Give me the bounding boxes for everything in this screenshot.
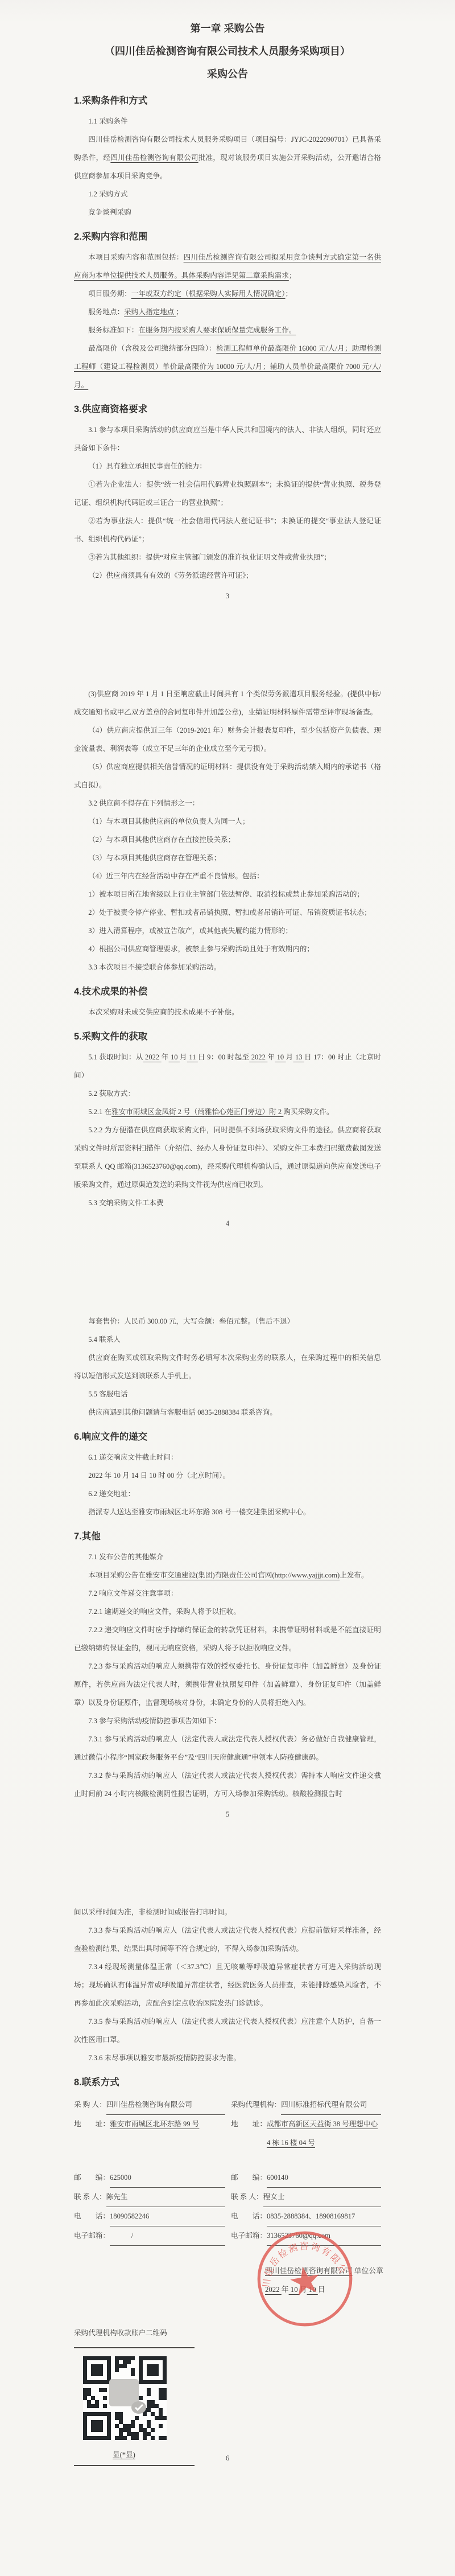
paragraph: （2）与本项目其他供应商存在直接控股关系；: [74, 831, 381, 849]
contact-row: 邮 编：625000: [74, 2168, 225, 2188]
contact-value: 600140: [267, 2168, 381, 2188]
announcement-title: 采购公告: [74, 63, 381, 85]
page-number-5: 5: [74, 1805, 381, 1823]
paragraph: ②若为事业法人：提供“统一社会信用代码法人登记证书”；未换证的提交“事业法人登记…: [74, 512, 381, 548]
contact-column-left: 采 购 人：四川佳岳检测咨询有限公司地 址：雅安市雨城区北环东路 99 号邮 编…: [74, 2096, 225, 2246]
paragraph: 间以采样时间为准，非检测时间或报告打印时间。: [74, 1903, 381, 1921]
text-run: 3）进入清算程序，或被宣告破产，或其他丧失履约能力情形的；: [88, 927, 292, 935]
document-page-6: 间以采样时间为准，非检测时间或报告打印时间。7.3.3 参与采购活动的响应人（法…: [0, 1903, 455, 2467]
text-run: 7.2.1 逾期递交的响应文件，采购人将予以拒收。: [88, 1608, 241, 1616]
paragraph: 7.2.2 递交响应文件时应手持缔约保证金的转款凭证材料，未携带证明材料或是不能…: [74, 1621, 381, 1657]
contact-label: 联 系 人：: [231, 2188, 263, 2207]
paragraph: （3）与本项目其他供应商存在管理关系；: [74, 849, 381, 867]
underlined-value: 一年或双方约定（根据采购人实际用人情况确定）: [131, 290, 286, 298]
text-run: 每套售价：人民币 300.00 元，大写金额：叁佰元整。（售后不退）: [88, 1317, 294, 1325]
text-run: 供应商遇到其他问题请与客服电话 0835-2888384 联系咨询。: [88, 1408, 277, 1416]
underlined-value: 2022: [265, 2286, 282, 2294]
text-run: 5.2.1 在: [88, 1108, 111, 1116]
text-run: 年: [267, 1053, 275, 1061]
contact-row: 地 址：成都市高新区天益街 38 号理想中心 4 栋 16 楼 04 号: [231, 2115, 381, 2168]
contact-row: 邮 编：600140: [231, 2168, 381, 2188]
heading-4-technical-compensation: 4.技术成果的补偿: [74, 983, 381, 1000]
paragraph: 7.3.1 参与采购活动的响应人（法定代表人或法定代表人授权代表）务必做好自我健…: [74, 1730, 381, 1766]
paragraph: 2）处于被责令停产停业、暂扣或者吊销执照、暂扣或者吊销许可证、吊销资质证书状态；: [74, 903, 381, 922]
contact-value: 3136523760@qq.com: [267, 2226, 381, 2246]
text-run: 5.2.2 为方便潜在供应商获取采购文件，同时提供不到场获取采购文件的途径。供应…: [74, 1126, 381, 1189]
text-run: ③若为其他组织：提供“对应主管部门颁发的准许执业证明文件或营业执照”；: [88, 553, 331, 561]
text-run: 2）处于被责令停产停业、暂扣或者吊销执照、暂扣或者吊销许可证、吊销资质证书状态；: [88, 909, 371, 917]
text-run: 5.1 获取时间：从: [88, 1053, 143, 1061]
heading-6-response-submission: 6.响应文件的递交: [74, 1428, 381, 1445]
paragraph: 3.2 供应商不得存在下列情形之一：: [74, 794, 381, 812]
text-run: ；: [289, 272, 296, 280]
paragraph: 4）根据公司供应商管理要求，被禁止参与采购活动且处于有效期内的；: [74, 940, 381, 958]
underlined-value: 10: [169, 1053, 180, 1061]
underlined-value: 10: [275, 1053, 286, 1061]
text-run: 日: [318, 2286, 325, 2294]
qr-center-logo: [109, 2379, 139, 2406]
text-run: 上发布。: [340, 1571, 368, 1579]
contact-row: 采购代理机构：四川标准招标代理有限公司: [231, 2096, 381, 2115]
paragraph: 7.1 发布公告的其他媒介: [74, 1548, 381, 1566]
text-run: 年: [282, 2286, 289, 2294]
text-run: ②若为事业法人：提供“统一社会信用代码法人登记证书”；未换证的提交“事业法人登记…: [74, 517, 381, 543]
paragraph: ③若为其他组织：提供“对应主管部门颁发的准许执业证明文件或营业执照”；: [74, 548, 381, 566]
paragraph: 1）被本项目所在地省级以上行业主管部门依法暂停、取消投标或禁止参加采购活动的；: [74, 885, 381, 903]
text-run: 7.3.4 经现场测量体温正常（＜37.3℃）且无咳嗽等呼吸道异常症状者方可进入…: [74, 1963, 381, 2007]
contact-value: /: [110, 2226, 225, 2246]
contact-value: 陈先生: [106, 2188, 225, 2207]
qr-section-caption: 采购代理机构收款账户二维码: [74, 2324, 381, 2341]
text-run: （4）供应商应提供近三年（2019-2021 年）财务会计报表复印件，至少包括资…: [74, 726, 381, 753]
text-run: 日 9：00 时起至: [198, 1053, 249, 1061]
text-run: 月: [180, 1053, 187, 1061]
contact-value: 成都市高新区天益街 38 号理想中心 4 栋 16 楼 04 号: [267, 2115, 381, 2152]
contact-label: 电 话：: [231, 2207, 267, 2226]
text-run: ；: [286, 290, 293, 298]
paragraph: 供应商在购买或领取采购文件时务必填写本次采购业务的联系人，在采购过程中的相关信息…: [74, 1349, 381, 1385]
paragraph: 供应商遇到其他问题请与客服电话 0835-2888384 联系咨询。: [74, 1403, 381, 1421]
contact-label: 电子邮箱：: [231, 2226, 267, 2246]
paragraph: 项目服务期：一年或双方约定（根据采购人实际用人情况确定）；: [74, 285, 381, 303]
text-run: 1.1 采购条件: [88, 117, 127, 125]
contact-label: 邮 编：: [74, 2168, 110, 2188]
contact-column-right: 采购代理机构：四川标准招标代理有限公司地 址：成都市高新区天益街 38 号理想中…: [231, 2096, 381, 2246]
chapter-title: 第一章 采购公告: [74, 17, 381, 40]
page-number-3: 3: [74, 587, 381, 605]
paragraph: 5.2 获取方式：: [74, 1084, 381, 1103]
heading-8-contact: 8.联系方式: [74, 2074, 381, 2091]
underlined-value: 在服务期内按采购人要求保质保量完成服务工作。: [138, 326, 296, 334]
contact-label: 联 系 人：: [74, 2188, 106, 2207]
text-run: 7.2.2 递交响应文件时应手持缔约保证金的转款凭证材料，未携带证明材料或是不能…: [74, 1626, 381, 1652]
text-run: 7.3.5 参与采购活动的响应人（法定代表人或法定代表人授权代表）应注意个人防护…: [74, 2018, 381, 2044]
paragraph: 5.5 客服电话: [74, 1385, 381, 1403]
text-run: 服务地点：: [88, 308, 124, 316]
paragraph: 5.2.1 在雅安市雨城区金凤街 2 号（尚雅怡心苑正门旁边）附 2 购买采购文…: [74, 1103, 381, 1121]
paragraph: 7.3.3 参与采购活动的响应人（法定代表人或法定代表人授权代表）应提前做好采样…: [74, 1921, 381, 1958]
project-title: （四川佳岳检测咨询有限公司技术人员服务采购项目）: [74, 40, 381, 63]
text-run: 3.3 本次项目不接受联合体参加采购活动。: [88, 963, 221, 971]
text-run: ①若为企业法人：提供“统一社会信用代码营业执照副本”；未换证的提供“营业执照、税…: [74, 480, 381, 507]
document-page-4: (3)供应商 2019 年 1 月 1 日至响应截止时间具有 1 个类似劳务派遣…: [0, 685, 455, 1232]
text-run: 7.3 参与采购活动疫情防控事项告知如下：: [88, 1717, 221, 1725]
stamp-date-line: 2022 年 10 月 10 日: [265, 2281, 381, 2299]
text-run: 项目服务期：: [88, 290, 131, 298]
text-run: 5.3 交纳采购文件工本费: [88, 1199, 163, 1207]
paragraph: 2022 年 10 月 14 日 10 时 00 分（北京时间）。: [74, 1466, 381, 1485]
paragraph: ①若为企业法人：提供“统一社会信用代码营业执照副本”；未换证的提供“营业执照、税…: [74, 475, 381, 512]
text-run: 单位公章: [353, 2267, 383, 2275]
contact-label: 电 话：: [74, 2207, 110, 2226]
contact-label: 采购代理机构：: [231, 2096, 281, 2115]
text-run: 6.2 递交地址：: [88, 1490, 135, 1498]
underlined-value: 雅安市雨城区金凤街 2 号（尚雅怡心苑正门旁边）附 2: [111, 1108, 283, 1116]
paragraph: 7.3 参与采购活动疫情防控事项告知如下：: [74, 1712, 381, 1730]
contact-value: 程女士: [263, 2188, 381, 2207]
contact-value: 0835-2888384、18908169817: [267, 2207, 381, 2226]
text-run: 2022 年 10 月 14 日 10 时 00 分（北京时间）。: [88, 1472, 230, 1480]
contact-value: 625000: [110, 2168, 225, 2188]
paragraph: 3.3 本次项目不接受联合体参加采购活动。: [74, 958, 381, 976]
signature-stamp-block: 四川佳岳检测咨询有限公司 单位公章2022 年 10 月 10 日四川佳岳检测咨…: [74, 2262, 381, 2321]
text-run: 7.3.1 参与采购活动的响应人（法定代表人或法定代表人授权代表）务必做好自我健…: [74, 1735, 381, 1761]
paragraph: 1.2 采购方式: [74, 185, 381, 203]
paragraph: 竞争谈判采购: [74, 203, 381, 221]
text-run: 本项目采购公告在: [88, 1571, 146, 1579]
paragraph: （1）具有独立承担民事责任的能力：: [74, 457, 381, 475]
text-run: 7.1 发布公告的其他媒介: [88, 1553, 163, 1561]
scanned-document: 第一章 采购公告（四川佳岳检测咨询有限公司技术人员服务采购项目）采购公告1.采购…: [0, 0, 455, 2576]
text-run: 7.2 响应文件递交注意事项：: [88, 1589, 177, 1597]
text-run: 6.1 递交响应文件截止时间：: [88, 1453, 177, 1461]
underlined-value: 四川佳岳检测咨询有限公司: [110, 154, 198, 162]
paragraph: 本次采购对未成交供应商的技术成果不予补偿。: [74, 1003, 381, 1021]
contact-row: 联 系 人：陈先生: [74, 2188, 225, 2207]
paragraph: 最高限价（含税及公司缴纳部分四险）：检测工程师单价最高限价 16000 元/人/…: [74, 339, 381, 394]
contact-value: 四川标准招标代理有限公司: [281, 2096, 381, 2115]
paragraph: 5.2.2 为方便潜在供应商获取采购文件，同时提供不到场获取采购文件的途径。供应…: [74, 1121, 381, 1194]
text-run: 年: [162, 1053, 169, 1061]
paragraph: 5.3 交纳采购文件工本费: [74, 1194, 381, 1212]
underlined-value: 2022: [249, 1053, 267, 1061]
paragraph: 3.1 参与本项目采购活动的供应商应当是中华人民共和国境内的法人、非法人组织，同…: [74, 421, 381, 457]
text-run: （1）与本项目其他供应商的单位负责人为同一人；: [88, 817, 249, 825]
document-page-3: 第一章 采购公告（四川佳岳检测咨询有限公司技术人员服务采购项目）采购公告1.采购…: [0, 17, 455, 605]
page-number-4: 4: [74, 1214, 381, 1232]
underlined-value: 10: [289, 2286, 300, 2294]
paragraph: 3）进入清算程序，或被宣告破产，或其他丧失履约能力情形的；: [74, 922, 381, 940]
text-run: 间以采样时间为准，非检测时间或报告打印时间。: [74, 1908, 231, 1916]
text-run: 5.2 获取方式：: [88, 1090, 135, 1098]
contact-row: 电子邮箱： /: [74, 2226, 225, 2246]
paragraph: 1.1 采购条件: [74, 112, 381, 130]
text-run: 5.5 客服电话: [88, 1390, 127, 1398]
text-run: 月: [286, 1053, 293, 1061]
text-run: 供应商在购买或领取采购文件时务必填写本次采购业务的联系人，在采购过程中的相关信息…: [74, 1354, 381, 1380]
paragraph: 7.2 响应文件递交注意事项：: [74, 1584, 381, 1603]
text-run: 最高限价（含税及公司缴纳部分四险）：: [88, 344, 216, 352]
text-run: （3）与本项目其他供应商存在管理关系；: [88, 854, 221, 862]
text-run: 服务标准如下：: [88, 326, 138, 334]
paragraph: 每套售价：人民币 300.00 元，大写金额：叁佰元整。（售后不退）: [74, 1312, 381, 1330]
contact-row: 地 址：雅安市雨城区北环东路 99 号: [74, 2115, 225, 2168]
text-run: 竞争谈判采购: [88, 208, 131, 216]
paragraph: （4）供应商应提供近三年（2019-2021 年）财务会计报表复印件，至少包括资…: [74, 721, 381, 758]
text-run: （2）与本项目其他供应商存在直接控股关系；: [88, 836, 235, 844]
paragraph: 7.3.2 参与采购活动的响应人（法定代表人或法定代表人授权代表）需持本人响应文…: [74, 1766, 381, 1803]
paragraph: 5.1 获取时间：从 2022 年 10 月 11 日 9：00 时起至 202…: [74, 1048, 381, 1084]
qr-box: 显(*显): [74, 2347, 195, 2466]
text-run: 4）根据公司供应商管理要求，被禁止参与采购活动且处于有效期内的；: [88, 945, 314, 953]
payment-qr-code: [83, 2356, 167, 2440]
text-run: 购买采购文件。: [283, 1108, 333, 1116]
text-run: 指派专人送达至雅安市雨城区北环东路 308 号一楼交建集团采购中心。: [88, 1508, 310, 1516]
contact-row: 采 购 人：四川佳岳检测咨询有限公司: [74, 2096, 225, 2115]
paragraph: 本项目采购公告在雅安市交通建设(集团)有限责任公司官网(http://www.y…: [74, 1566, 381, 1584]
text-run: 3.2 供应商不得存在下列情形之一：: [88, 799, 199, 807]
paragraph: 7.3.6 未尽事项以雅安市最新疫情防控要求为准。: [74, 2049, 381, 2067]
heading-1-procurement-conditions: 1.采购条件和方式: [74, 92, 381, 109]
paragraph: 6.1 递交响应文件截止时间：: [74, 1448, 381, 1466]
text-run: 本项目采购内容和范围包括：: [88, 253, 183, 261]
text-run: 7.3.6 未尽事项以雅安市最新疫情防控要求为准。: [88, 2054, 241, 2062]
underlined-value: 雅安市交通建设(集团)有限责任公司官网(http://www.yajjjt.co…: [146, 1571, 340, 1579]
contact-value: 雅安市雨城区北环东路 99 号: [110, 2115, 225, 2134]
paragraph: 服务标准如下：在服务期内按采购人要求保质保量完成服务工作。: [74, 321, 381, 339]
contact-value: 四川佳岳检测咨询有限公司: [106, 2096, 225, 2115]
paragraph: 四川佳岳检测咨询有限公司技术人员服务采购项目（项目编号：JYJC-2022090…: [74, 130, 381, 185]
heading-3-supplier-qualification: 3.供应商资格要求: [74, 401, 381, 418]
text-run: 本次采购对未成交供应商的技术成果不予补偿。: [88, 1008, 238, 1016]
contact-row: 电子邮箱：3136523760@qq.com: [231, 2226, 381, 2246]
paragraph: （5）供应商应提供相关信誉情况的证明材料：提供没有处于采购活动禁入期内的承诺书（…: [74, 758, 381, 794]
text-run: (3)供应商 2019 年 1 月 1 日至响应截止时间具有 1 个类似劳务派遣…: [74, 690, 381, 716]
paragraph: 本项目采购内容和范围包括：四川佳岳检测咨询有限公司拟采用竞争谈判方式确定第一名供…: [74, 248, 381, 285]
paragraph: 7.3.4 经现场测量体温正常（＜37.3℃）且无咳嗽等呼吸道异常症状者方可进入…: [74, 1958, 381, 2012]
paragraph: 7.2.3 参与采购活动的响应人须携带有效的授权委托书、身份证复印件（加盖鲜章）…: [74, 1657, 381, 1712]
stamp-company-line: 四川佳岳检测咨询有限公司 单位公章: [265, 2262, 381, 2281]
text-run: 7.3.3 参与采购活动的响应人（法定代表人或法定代表人授权代表）应提前做好采样…: [74, 1926, 381, 1953]
underlined-value: 10: [307, 2286, 318, 2294]
text-run: 7.2.3 参与采购活动的响应人须携带有效的授权委托书、身份证复印件（加盖鲜章）…: [74, 1662, 381, 1707]
paragraph: 7.2.1 逾期递交的响应文件，采购人将予以拒收。: [74, 1603, 381, 1621]
text-run: （4）近三年内在经营活动中存在严重不良情形。包括：: [88, 872, 264, 880]
text-run: 3.1 参与本项目采购活动的供应商应当是中华人民共和国境内的法人、非法人组织，同…: [74, 426, 381, 452]
heading-7-others: 7.其他: [74, 1528, 381, 1545]
paragraph: 服务地点：采购人指定地点 ；: [74, 303, 381, 321]
contact-label: 地 址：: [231, 2115, 267, 2134]
paragraph: 5.4 联系人: [74, 1330, 381, 1349]
text-run: 月: [300, 2286, 307, 2294]
contact-label: 邮 编：: [231, 2168, 267, 2188]
contact-info: 采 购 人：四川佳岳检测咨询有限公司地 址：雅安市雨城区北环东路 99 号邮 编…: [74, 2096, 381, 2246]
text-run: ；: [176, 308, 183, 316]
contact-row: 电 话：18090582246: [74, 2207, 225, 2226]
paragraph: （2）供应商须具有有效的《劳务派遣经营许可证》；: [74, 566, 381, 585]
paragraph: （4）近三年内在经营活动中存在严重不良情形。包括：: [74, 867, 381, 885]
contact-row: 联 系 人：程女士: [231, 2188, 381, 2207]
heading-2-scope: 2.采购内容和范围: [74, 228, 381, 245]
underlined-value: 采购人指定地点: [124, 308, 176, 316]
underlined-value: 2022: [143, 1053, 162, 1061]
text-run: 1）被本项目所在地省级以上行业主管部门依法暂停、取消投标或禁止参加采购活动的；: [88, 890, 364, 898]
contact-value: 18090582246: [110, 2207, 225, 2226]
paragraph: (3)供应商 2019 年 1 月 1 日至响应截止时间具有 1 个类似劳务派遣…: [74, 685, 381, 721]
text-run: 5.4 联系人: [88, 1336, 121, 1344]
heading-5-document-acquisition: 5.采购文件的获取: [74, 1028, 381, 1045]
underlined-value: 11: [187, 1053, 198, 1061]
document-page-5: 每套售价：人民币 300.00 元，大写金额：叁佰元整。（售后不退）5.4 联系…: [0, 1312, 455, 1823]
paragraph: 6.2 递交地址：: [74, 1485, 381, 1503]
text-run: （2）供应商须具有有效的《劳务派遣经营许可证》；: [88, 572, 253, 580]
paragraph: （1）与本项目其他供应商的单位负责人为同一人；: [74, 812, 381, 831]
contact-label: 地 址：: [74, 2115, 110, 2134]
contact-label: 电子邮箱：: [74, 2226, 110, 2246]
text-run: （1）具有独立承担民事责任的能力：: [88, 462, 206, 470]
contact-row: 电 话：0835-2888384、18908169817: [231, 2207, 381, 2226]
text-run: 7.3.2 参与采购活动的响应人（法定代表人或法定代表人授权代表）需持本人响应文…: [74, 1772, 381, 1798]
text-run: （5）供应商应提供相关信誉情况的证明材料：提供没有处于采购活动禁入期内的承诺书（…: [74, 763, 381, 789]
underlined-value: 四川佳岳检测咨询有限公司: [265, 2267, 353, 2275]
paragraph: 7.3.5 参与采购活动的响应人（法定代表人或法定代表人授权代表）应注意个人防护…: [74, 2012, 381, 2049]
paragraph: 指派专人送达至雅安市雨城区北环东路 308 号一楼交建集团采购中心。: [74, 1503, 381, 1521]
underlined-value: 13: [293, 1053, 304, 1061]
text-run: 1.2 采购方式: [88, 190, 127, 198]
contact-label: 采 购 人：: [74, 2096, 106, 2115]
